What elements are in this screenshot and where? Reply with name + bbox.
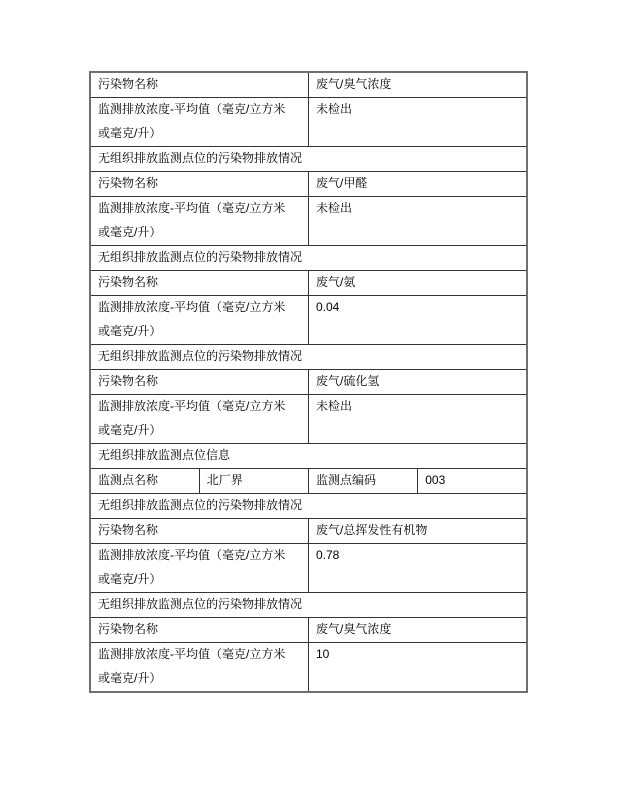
concentration-label: 监测排放浓度-平均值（毫克/立方米 或毫克/升） <box>90 296 309 345</box>
concentration-label-line1: 监测排放浓度-平均值（毫克/立方米 <box>98 399 301 414</box>
pollutant-name-row: 污染物名称 废气/硫化氢 <box>90 370 527 395</box>
pollutant-name-value: 废气/甲醛 <box>309 172 528 197</box>
section-header-row: 无组织排放监测点位的污染物排放情况 <box>90 147 527 172</box>
pollutant-name-row: 污染物名称 废气/总挥发性有机物 <box>90 519 527 544</box>
document-page: 污染物名称 废气/臭气浓度 监测排放浓度-平均值（毫克/立方米 或毫克/升） 未… <box>0 0 618 800</box>
concentration-label-line2: 或毫克/升） <box>98 324 301 339</box>
concentration-label-line1: 监测排放浓度-平均值（毫克/立方米 <box>98 647 301 662</box>
concentration-label-line2: 或毫克/升） <box>98 126 301 141</box>
concentration-value: 10 <box>309 643 528 693</box>
concentration-label-line2: 或毫克/升） <box>98 423 301 438</box>
pollutant-name-label: 污染物名称 <box>90 618 309 643</box>
concentration-label-line2: 或毫克/升） <box>98 225 301 240</box>
concentration-label-line2: 或毫克/升） <box>98 572 301 587</box>
point-name-label: 监测点名称 <box>90 469 199 494</box>
concentration-value: 0.78 <box>309 544 528 593</box>
section-header: 无组织排放监测点位的污染物排放情况 <box>90 246 527 271</box>
pollutant-name-row: 污染物名称 废气/臭气浓度 <box>90 72 527 98</box>
point-name-value: 北厂界 <box>199 469 308 494</box>
section-header-row: 无组织排放监测点位信息 <box>90 444 527 469</box>
pollutant-name-value: 废气/氨 <box>309 271 528 296</box>
concentration-label-line1: 监测排放浓度-平均值（毫克/立方米 <box>98 548 301 563</box>
concentration-label-line1: 监测排放浓度-平均值（毫克/立方米 <box>98 102 301 117</box>
section-header: 无组织排放监测点位的污染物排放情况 <box>90 494 527 519</box>
concentration-row: 监测排放浓度-平均值（毫克/立方米 或毫克/升） 未检出 <box>90 395 527 444</box>
pollutant-name-label: 污染物名称 <box>90 370 309 395</box>
section-header-row: 无组织排放监测点位的污染物排放情况 <box>90 246 527 271</box>
pollutant-name-row: 污染物名称 废气/甲醛 <box>90 172 527 197</box>
point-code-value: 003 <box>418 469 527 494</box>
pollutant-name-label: 污染物名称 <box>90 172 309 197</box>
pollutant-name-label: 污染物名称 <box>90 271 309 296</box>
concentration-value: 未检出 <box>309 98 528 147</box>
pollutant-name-row: 污染物名称 废气/氨 <box>90 271 527 296</box>
concentration-value: 0.04 <box>309 296 528 345</box>
pollutant-name-label: 污染物名称 <box>90 519 309 544</box>
section-header-row: 无组织排放监测点位的污染物排放情况 <box>90 345 527 370</box>
section-header: 无组织排放监测点位的污染物排放情况 <box>90 345 527 370</box>
concentration-label-line1: 监测排放浓度-平均值（毫克/立方米 <box>98 300 301 315</box>
section-header-row: 无组织排放监测点位的污染物排放情况 <box>90 593 527 618</box>
concentration-label-line2: 或毫克/升） <box>98 671 301 686</box>
concentration-label: 监测排放浓度-平均值（毫克/立方米 或毫克/升） <box>90 395 309 444</box>
section-header-row: 无组织排放监测点位的污染物排放情况 <box>90 494 527 519</box>
point-code-label: 监测点编码 <box>309 469 418 494</box>
pollutant-name-value: 废气/总挥发性有机物 <box>309 519 528 544</box>
pollutant-name-value: 废气/臭气浓度 <box>309 72 528 98</box>
concentration-value: 未检出 <box>309 395 528 444</box>
concentration-label: 监测排放浓度-平均值（毫克/立方米 或毫克/升） <box>90 197 309 246</box>
emissions-monitoring-table: 污染物名称 废气/臭气浓度 监测排放浓度-平均值（毫克/立方米 或毫克/升） 未… <box>89 71 528 693</box>
section-header: 无组织排放监测点位的污染物排放情况 <box>90 147 527 172</box>
pollutant-name-value: 废气/臭气浓度 <box>309 618 528 643</box>
concentration-row: 监测排放浓度-平均值（毫克/立方米 或毫克/升） 未检出 <box>90 197 527 246</box>
concentration-label: 监测排放浓度-平均值（毫克/立方米 或毫克/升） <box>90 643 309 693</box>
concentration-label-line1: 监测排放浓度-平均值（毫克/立方米 <box>98 201 301 216</box>
concentration-row: 监测排放浓度-平均值（毫克/立方米 或毫克/升） 0.78 <box>90 544 527 593</box>
point-info-row: 监测点名称 北厂界 监测点编码 003 <box>90 469 527 494</box>
concentration-row: 监测排放浓度-平均值（毫克/立方米 或毫克/升） 0.04 <box>90 296 527 345</box>
pollutant-name-value: 废气/硫化氢 <box>309 370 528 395</box>
concentration-label: 监测排放浓度-平均值（毫克/立方米 或毫克/升） <box>90 98 309 147</box>
section-header-point-info: 无组织排放监测点位信息 <box>90 444 527 469</box>
concentration-row: 监测排放浓度-平均值（毫克/立方米 或毫克/升） 未检出 <box>90 98 527 147</box>
pollutant-name-label: 污染物名称 <box>90 72 309 98</box>
concentration-label: 监测排放浓度-平均值（毫克/立方米 或毫克/升） <box>90 544 309 593</box>
section-header: 无组织排放监测点位的污染物排放情况 <box>90 593 527 618</box>
concentration-row: 监测排放浓度-平均值（毫克/立方米 或毫克/升） 10 <box>90 643 527 693</box>
concentration-value: 未检出 <box>309 197 528 246</box>
pollutant-name-row: 污染物名称 废气/臭气浓度 <box>90 618 527 643</box>
